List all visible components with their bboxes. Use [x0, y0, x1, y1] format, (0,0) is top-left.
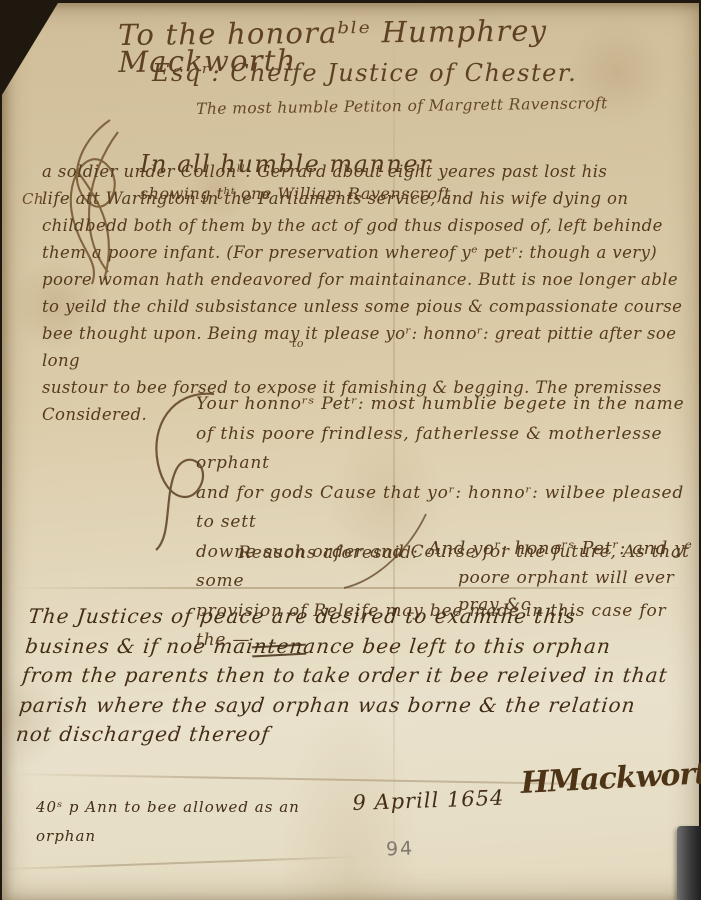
petition-request-last: Reasons aforesaid:	[238, 540, 419, 567]
header-line-2: Esqʳ: Cheife Justice of Chester.	[152, 60, 577, 87]
petition-body: a soldier under Collonˡˡ: Gerrard about …	[42, 158, 694, 428]
page-number: 94	[386, 838, 415, 861]
paper-clip	[677, 826, 701, 900]
date: 9 Aprill 1654	[352, 785, 505, 817]
manuscript-photo: To the honoraᵇˡᵉ Humphrey Mackworth Esqʳ…	[0, 0, 701, 900]
petition-closing-line-1: And yoʳ: honoʳˢ Petʳ: and yᵉ	[428, 535, 693, 562]
signature: HMackworth	[520, 759, 701, 797]
header-line-3: The most humble Petiton of Margrett Rave…	[196, 90, 608, 123]
interlinear-insert: to	[292, 330, 304, 357]
justices-note: The Justices of peace are desired to exa…	[14, 602, 690, 750]
allowance-note: 40ˢ p Ann to bee allowed as an orphan	[36, 793, 300, 851]
margin-mark: Ch	[22, 186, 44, 213]
